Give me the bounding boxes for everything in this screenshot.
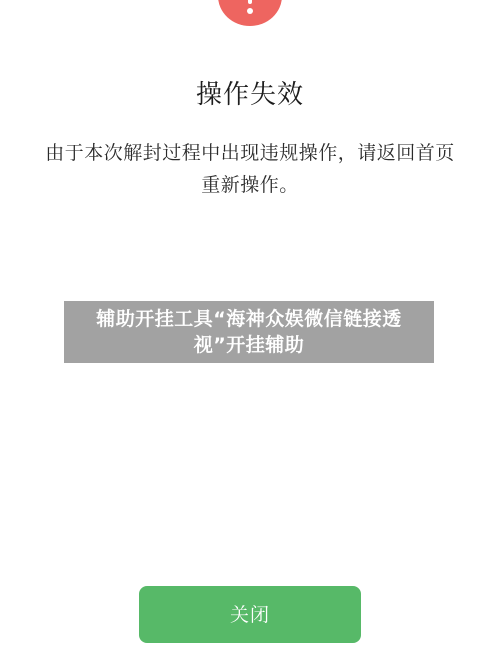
dialog-message: 由于本次解封过程中出现违规操作，请返回首页重新操作。: [36, 137, 464, 201]
warning-icon-dot: [247, 8, 253, 14]
overlay-banner: 辅助开挂工具“海神众娱微信链接透视”开挂辅助: [64, 301, 434, 363]
dialog-title: 操作失效: [0, 74, 500, 111]
close-button[interactable]: 关闭: [139, 586, 361, 643]
warning-icon: [218, 0, 282, 26]
warning-icon-bar: [248, 0, 252, 4]
operation-failed-page: 操作失效 由于本次解封过程中出现违规操作，请返回首页重新操作。 辅助开挂工具“海…: [0, 0, 500, 666]
